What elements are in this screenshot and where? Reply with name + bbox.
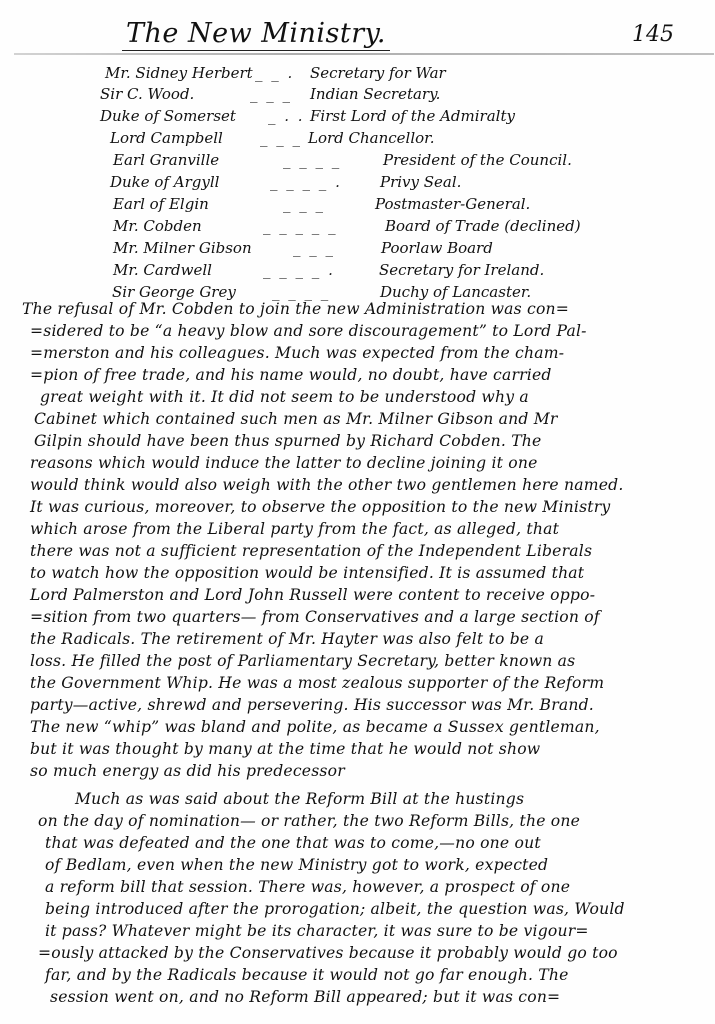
minister-office: President of the Council. xyxy=(383,151,572,169)
text-line: which arose from the Liberal party from … xyxy=(30,520,559,538)
text-line: reasons which would induce the latter to… xyxy=(30,454,538,472)
text-line: It was curious, moreover, to observe the… xyxy=(30,498,610,516)
text-line: so much energy as did his predecessor xyxy=(30,762,345,780)
minister-office: Poorlaw Board xyxy=(381,239,493,257)
leader-dashes: _ _ _ _ . xyxy=(270,173,342,191)
minister-name: Mr. Sidney Herbert xyxy=(105,64,253,82)
page-number: 145 xyxy=(632,22,674,47)
text-line: it pass? Whatever might be its character… xyxy=(45,922,589,940)
minister-name: Duke of Argyll xyxy=(110,173,219,191)
minister-name: Sir George Grey xyxy=(112,283,236,301)
leader-dashes: _ _ _ _ _ xyxy=(263,217,338,235)
minister-name: Duke of Somerset xyxy=(100,107,236,125)
minister-office: Postmaster-General. xyxy=(375,195,530,213)
leader-dashes: _ _ _ xyxy=(260,129,302,147)
text-line: =sidered to be “a heavy blow and sore di… xyxy=(30,322,587,340)
minister-office: Indian Secretary. xyxy=(310,85,440,103)
text-line: a reform bill that session. There was, h… xyxy=(45,878,570,896)
text-line: =pion of free trade, and his name would,… xyxy=(30,366,552,384)
text-line: being introduced after the prorogation; … xyxy=(45,900,625,918)
leader-dashes: _ _ _ _ xyxy=(272,283,330,301)
text-line: party—active, shrewd and persevering. Hi… xyxy=(30,696,594,714)
minister-office: Secretary for War xyxy=(310,64,446,82)
minister-name: Mr. Cobden xyxy=(113,217,202,235)
text-line: great weight with it. It did not seem to… xyxy=(40,388,529,406)
text-line: that was defeated and the one that was t… xyxy=(45,834,541,852)
text-line: far, and by the Radicals because it woul… xyxy=(45,966,569,984)
minister-office: Privy Seal. xyxy=(380,173,461,191)
page-header: The New Ministry. 145 xyxy=(0,18,715,58)
minister-office: Board of Trade (declined) xyxy=(385,217,581,235)
leader-dashes: _ _ _ xyxy=(250,85,292,103)
text-line: The new “whip” was bland and polite, as … xyxy=(30,718,600,736)
text-line: there was not a sufficient representatio… xyxy=(30,542,592,560)
text-line: the Radicals. The retirement of Mr. Hayt… xyxy=(30,630,544,648)
text-line: to watch how the opposition would be int… xyxy=(30,564,584,582)
manuscript-page: The New Ministry. 145 Mr. Sidney Herbert… xyxy=(0,0,715,1024)
minister-name: Earl of Elgin xyxy=(113,195,209,213)
minister-office: Secretary for Ireland. xyxy=(379,261,544,279)
text-line: Gilpin should have been thus spurned by … xyxy=(34,432,541,450)
minister-name: Earl Granville xyxy=(113,151,219,169)
minister-name: Lord Campbell xyxy=(110,129,223,147)
text-line: would think would also weigh with the ot… xyxy=(30,476,623,494)
text-line: the Government Whip. He was a most zealo… xyxy=(30,674,604,692)
minister-name: Mr. Milner Gibson xyxy=(113,239,252,257)
text-line: loss. He filled the post of Parliamentar… xyxy=(30,652,575,670)
text-line: on the day of nomination— or rather, the… xyxy=(38,812,580,830)
minister-office: First Lord of the Admiralty xyxy=(310,107,515,125)
leader-dashes: _ _ . xyxy=(255,64,294,82)
text-line: =ously attacked by the Conservatives bec… xyxy=(38,944,618,962)
minister-office: Duchy of Lancaster. xyxy=(380,283,531,301)
text-line: =sition from two quarters— from Conserva… xyxy=(30,608,600,626)
text-line: Cabinet which contained such men as Mr. … xyxy=(34,410,558,428)
text-line: but it was thought by many at the time t… xyxy=(30,740,540,758)
minister-name: Sir C. Wood. xyxy=(100,85,194,103)
leader-dashes: _ . . xyxy=(268,107,305,125)
text-line: Lord Palmerston and Lord John Russell we… xyxy=(30,586,595,604)
text-line: session went on, and no Reform Bill appe… xyxy=(50,988,560,1006)
leader-dashes: _ _ _ _ xyxy=(283,151,341,169)
text-line: The refusal of Mr. Cobden to join the ne… xyxy=(22,300,569,318)
leader-dashes: _ _ _ xyxy=(293,239,335,257)
page-title: The New Ministry. xyxy=(122,18,390,51)
leader-dashes: _ _ _ _ . xyxy=(263,261,335,279)
leader-dashes: _ _ _ xyxy=(283,195,325,213)
text-line: =merston and his colleagues. Much was ex… xyxy=(30,344,564,362)
header-rule xyxy=(14,53,714,55)
text-line: Much as was said about the Reform Bill a… xyxy=(75,790,524,808)
text-line: of Bedlam, even when the new Ministry go… xyxy=(45,856,548,874)
minister-office: Lord Chancellor. xyxy=(308,129,434,147)
minister-name: Mr. Cardwell xyxy=(113,261,212,279)
